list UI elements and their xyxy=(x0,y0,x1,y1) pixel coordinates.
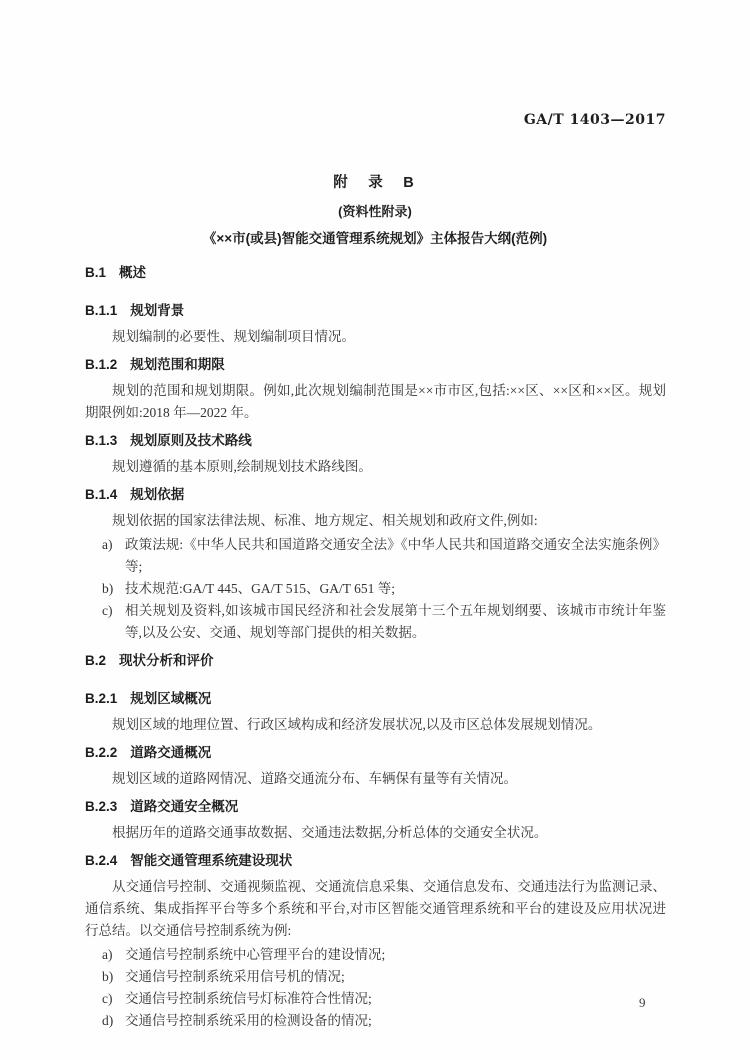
section-title: 现状分析和评价 xyxy=(119,653,214,668)
list-item: a)交通信号控制系统中心管理平台的建设情况; xyxy=(85,944,666,966)
list-item-label: d) xyxy=(102,1010,113,1032)
appendix-title-block: 附 录 B (资料性附录) 《××市(或县)智能交通管理系统规划》主体报告大纲(… xyxy=(0,171,750,247)
document-body: B.1概述 B.1.1规划背景 规划编制的必要性、规划编制项目情况。 B.1.2… xyxy=(85,262,666,1032)
section-number: B.2.3 xyxy=(85,799,117,814)
list-item-text: 技术规范:GA/T 445、GA/T 515、GA/T 651 等; xyxy=(125,581,395,596)
section-b14-heading: B.1.4规划依据 xyxy=(85,484,666,506)
section-number: B.1 xyxy=(85,265,106,280)
paragraph: 规划区域的道路网情况、道路交通流分布、车辆保有量等有关情况。 xyxy=(85,768,666,790)
list-item-text: 交通信号控制系统信号灯标准符合性情况; xyxy=(125,991,372,1006)
section-number: B.1.2 xyxy=(85,357,117,372)
list-item-label: b) xyxy=(102,966,113,988)
section-b11-heading: B.1.1规划背景 xyxy=(85,300,666,322)
list-item-text: 交通信号控制系统采用的检测设备的情况; xyxy=(125,1013,372,1028)
section-b12-heading: B.1.2规划范围和期限 xyxy=(85,354,666,376)
ordered-list: a)政策法规:《中华人民共和国道路交通安全法》《中华人民共和国道路交通安全法实施… xyxy=(85,534,666,644)
section-b23-heading: B.2.3道路交通安全概况 xyxy=(85,796,666,818)
list-item: b)交通信号控制系统采用信号机的情况; xyxy=(85,966,666,988)
section-number: B.2 xyxy=(85,653,106,668)
paragraph: 规划依据的国家法律法规、标准、地方规定、相关规划和政府文件,例如: xyxy=(85,510,666,532)
section-title: 规划依据 xyxy=(130,487,184,502)
list-item: c)相关规划及资料,如该城市国民经济和社会发展第十三个五年规划纲要、该城市市统计… xyxy=(85,600,666,644)
list-item-label: b) xyxy=(102,578,113,600)
section-number: B.2.2 xyxy=(85,745,117,760)
page-number: 9 xyxy=(639,995,646,1011)
section-b2-heading: B.2现状分析和评价 xyxy=(85,650,666,672)
paragraph: 从交通信号控制、交通视频监视、交通流信息采集、交通信息发布、交通违法行为监测记录… xyxy=(85,876,666,942)
section-number: B.1.1 xyxy=(85,303,117,318)
section-b1-heading: B.1概述 xyxy=(85,262,666,284)
list-item: a)政策法规:《中华人民共和国道路交通安全法》《中华人民共和国道路交通安全法实施… xyxy=(85,534,666,578)
section-title: 道路交通概况 xyxy=(130,745,211,760)
section-title: 道路交通安全概况 xyxy=(130,799,238,814)
section-title: 规划背景 xyxy=(130,303,184,318)
section-number: B.2.1 xyxy=(85,691,117,706)
list-item-label: c) xyxy=(102,600,113,622)
section-b22-heading: B.2.2道路交通概况 xyxy=(85,742,666,764)
list-item: c)交通信号控制系统信号灯标准符合性情况; xyxy=(85,988,666,1010)
paragraph: 规划的范围和规划期限。例如,此次规划编制范围是××市市区,包括:××区、××区和… xyxy=(85,380,666,424)
section-b13-heading: B.1.3规划原则及技术路线 xyxy=(85,430,666,452)
paragraph: 根据历年的道路交通事故数据、交通违法数据,分析总体的交通安全状况。 xyxy=(85,822,666,844)
appendix-type-label: (资料性附录) xyxy=(0,201,750,220)
list-item: d)交通信号控制系统采用的检测设备的情况; xyxy=(85,1010,666,1032)
section-number: B.1.4 xyxy=(85,487,117,502)
section-title: 智能交通管理系统建设现状 xyxy=(130,853,292,868)
list-item-label: a) xyxy=(102,944,113,966)
section-b24-heading: B.2.4智能交通管理系统建设现状 xyxy=(85,850,666,872)
paragraph: 规划区域的地理位置、行政区域构成和经济发展状况,以及市区总体发展规划情况。 xyxy=(85,714,666,736)
document-page: GA/T 1403—2017 附 录 B (资料性附录) 《××市(或县)智能交… xyxy=(0,0,750,1060)
appendix-subtitle: 《××市(或县)智能交通管理系统规划》主体报告大纲(范例) xyxy=(0,227,750,247)
paragraph: 规划编制的必要性、规划编制项目情况。 xyxy=(85,326,666,348)
section-title: 规划范围和期限 xyxy=(130,357,225,372)
list-item-text: 交通信号控制系统采用信号机的情况; xyxy=(125,969,345,984)
list-item-label: c) xyxy=(102,988,113,1010)
list-item: b)技术规范:GA/T 445、GA/T 515、GA/T 651 等; xyxy=(85,578,666,600)
list-item-text: 交通信号控制系统中心管理平台的建设情况; xyxy=(125,947,385,962)
section-title: 概述 xyxy=(119,265,146,280)
section-title: 规划原则及技术路线 xyxy=(130,433,252,448)
list-item-text: 政策法规:《中华人民共和国道路交通安全法》《中华人民共和国道路交通安全法实施条例… xyxy=(125,537,666,574)
section-b21-heading: B.2.1规划区域概况 xyxy=(85,688,666,710)
section-number: B.1.3 xyxy=(85,433,117,448)
paragraph: 规划遵循的基本原则,绘制规划技术路线图。 xyxy=(85,456,666,478)
list-item-label: a) xyxy=(102,534,113,556)
list-item-text: 相关规划及资料,如该城市国民经济和社会发展第十三个五年规划纲要、该城市市统计年鉴… xyxy=(125,603,666,640)
section-number: B.2.4 xyxy=(85,853,117,868)
section-title: 规划区域概况 xyxy=(130,691,211,706)
appendix-title: 附 录 B xyxy=(0,171,750,192)
standard-code: GA/T 1403—2017 xyxy=(524,112,666,128)
ordered-list: a)交通信号控制系统中心管理平台的建设情况; b)交通信号控制系统采用信号机的情… xyxy=(85,944,666,1032)
